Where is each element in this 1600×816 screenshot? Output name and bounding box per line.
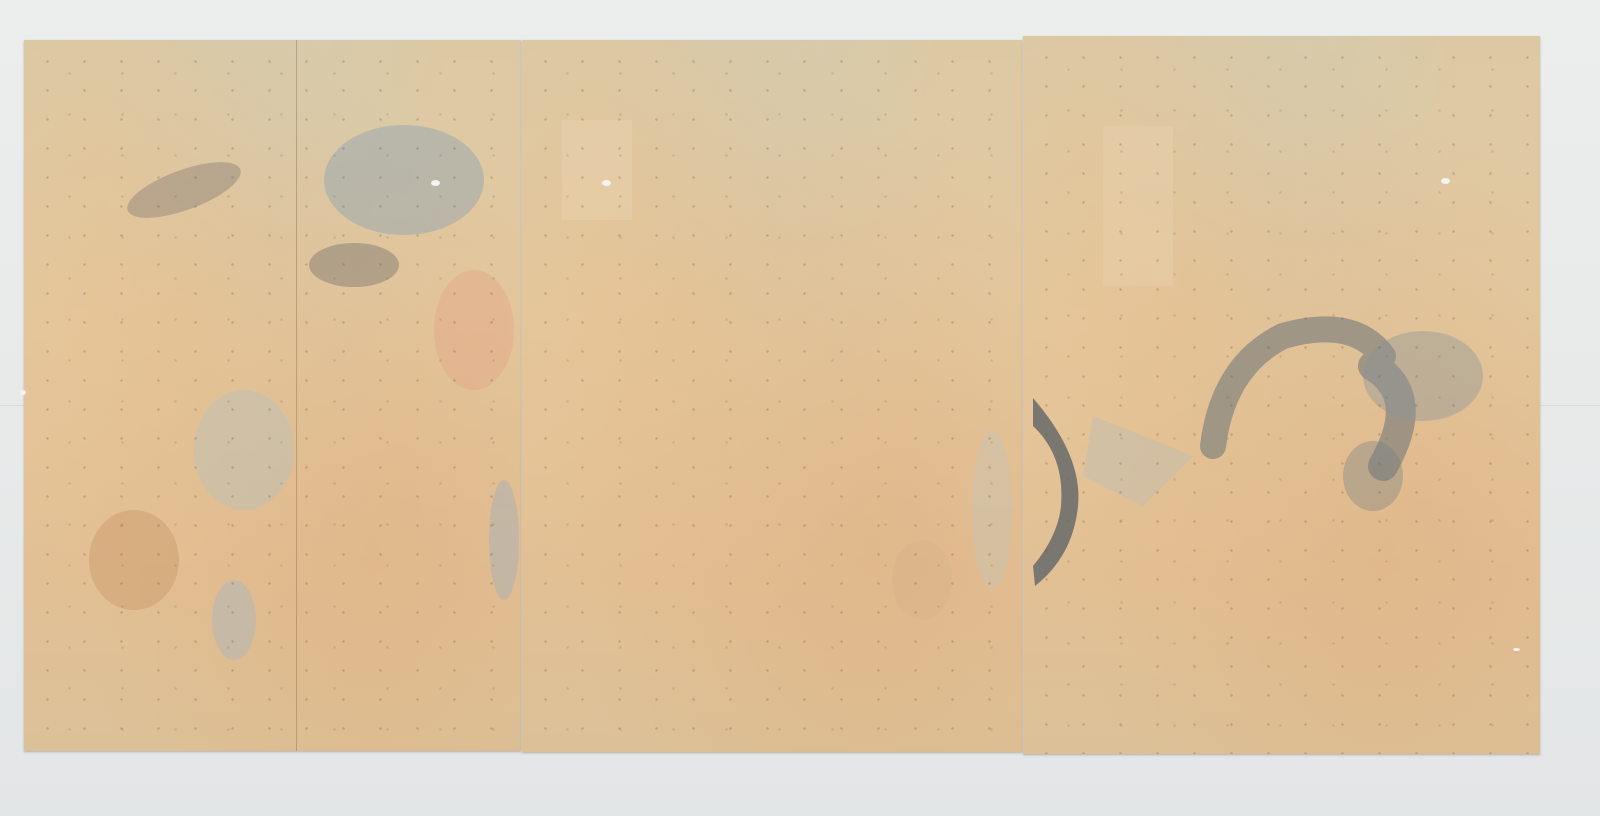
center-panel-show-through	[522, 40, 1022, 752]
left-panel-seam	[296, 40, 297, 751]
pinhole	[1513, 648, 1520, 651]
right-print-panel	[1023, 36, 1540, 754]
dark-arc-show-through	[1033, 398, 1078, 586]
pinhole	[20, 390, 26, 395]
pinhole	[602, 180, 611, 186]
left-panel-show-through	[24, 40, 521, 751]
center-print-panel	[522, 40, 1022, 752]
left-print-panel	[24, 40, 521, 751]
pinhole	[431, 180, 440, 186]
right-panel-show-through	[1023, 36, 1540, 754]
pinhole	[1441, 178, 1450, 184]
